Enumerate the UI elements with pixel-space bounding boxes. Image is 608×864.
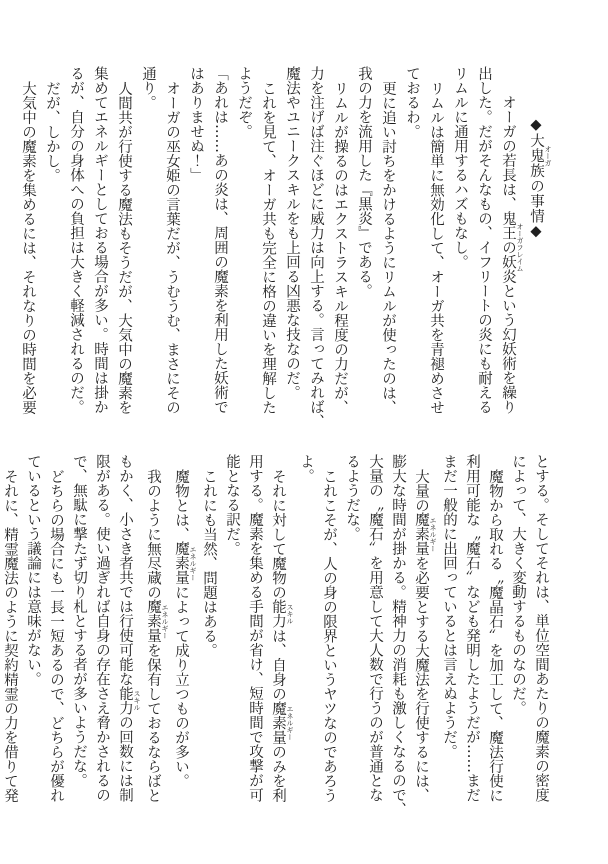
text-line: リムルが操るのはエクストラスキル程度の力だが、: [328, 66, 352, 434]
text-segment: 我の力を流用した『黒炎』である。: [356, 66, 372, 298]
text-segment: 魔物から取れる〝魔晶石〟を加工して、魔法行使に: [487, 469, 503, 803]
text-line: 用する。魔素を集める手間が省け、短時間で攻撃が可: [243, 454, 266, 822]
text-segment: オーガの若長は、: [500, 95, 516, 211]
text-segment: これを見て、オーガ共も完全に格の違いを理解した: [260, 81, 276, 415]
text-line: によって、大きく変動するものなのだ。: [506, 454, 529, 822]
text-line: 大量の〝魔石〟を用意して大人数で行うのが普通とな: [363, 454, 386, 822]
text-segment: ◆: [528, 117, 544, 134]
text-segment: それに、精霊魔法のように契約精霊の力を借りて発: [2, 469, 18, 803]
text-line: 大気中の魔素を集めるには、それなりの時間を必要: [16, 66, 40, 434]
ruby-annotated-text: 大鬼族オーガ: [528, 133, 544, 178]
text-line: 我のように無尽蔵の魔素量エネルギーを保有しておるならばと: [141, 454, 169, 822]
text-line: これにも当然、問題はある。: [197, 454, 220, 822]
text-segment: はありませぬ！」: [188, 66, 204, 182]
text-segment: だが、しかし。: [44, 81, 60, 183]
text-segment: とする。そしてそれは、単位空間あたりの魔素の密度: [533, 454, 549, 802]
text-segment: 魔物とは、: [173, 469, 189, 542]
text-line: オーガの巫女姫の言葉だが、うむうむ、まさにその: [160, 66, 184, 434]
ruby-annotated-text: 魔素量エネルギー: [413, 512, 429, 556]
text-line: これを見て、オーガ共も完全に格の違いを理解した: [256, 66, 280, 434]
text-segment: もかく、小さき者共では行使可能な: [117, 454, 133, 686]
ruby-annotated-text: 能力スキル: [117, 686, 133, 715]
text-segment: 能となる訳だ。: [224, 454, 240, 556]
text-line: るようだな。: [340, 454, 363, 822]
text-segment: によって、大きく変動するものなのだ。: [510, 454, 526, 715]
text-segment: という幻妖術を繰り: [500, 284, 516, 415]
novel-page: ◆大鬼族オーガの事情◆オーガの若長は、鬼王の妖炎オーガフレイムという幻妖術を繰り…: [0, 0, 608, 864]
text-line: それに、精霊魔法のように契約精霊の力を借りて発: [0, 454, 21, 822]
text-segment: リムルが操るのはエクストラスキル程度の力だが、: [332, 81, 348, 415]
text-line: もかく、小さき者共では行使可能な能力スキルの回数には制: [113, 454, 141, 822]
text-line: ているという議論には意味がない。: [21, 454, 44, 822]
text-line: それに対して魔物の能力スキルは、自身の魔素量エネルギーのみを利: [266, 454, 294, 822]
text-segment: 出した。だがそんなもの、イフリートの炎にも耐える: [476, 66, 492, 414]
text-line: 通り。: [136, 66, 160, 434]
text-segment: の回数には制: [117, 715, 133, 802]
text-segment: 用する。魔素を集める手間が省け、短時間で攻撃が可: [247, 454, 263, 802]
text-segment: どちらの場合にも一長一短あるので、どちらが優れ: [48, 469, 64, 803]
text-line: で、無駄に撃たず切り札とする者が多いようだな。: [67, 454, 90, 822]
text-line: 魔物から取れる〝魔晶石〟を加工して、魔法行使に: [483, 454, 506, 822]
text-segment: るようだな。: [344, 454, 360, 541]
text-segment: 魔法やユニークスキルをも上回る凶悪な技なのだ。: [284, 66, 300, 400]
text-segment: の事情◆: [528, 178, 544, 240]
ruby-annotated-text: 魔素量エネルギー: [270, 701, 286, 745]
text-line: よ。: [294, 454, 317, 822]
ruby-annotated-text: 能力スキル: [270, 599, 286, 628]
text-line: リムルは簡単に無効化して、オーガ共を青褪めさせ: [424, 66, 448, 434]
text-segment: これにも当然、問題はある。: [201, 469, 217, 658]
text-segment: まだ一般的に出回っているとは言えぬようだ。: [441, 454, 457, 759]
text-segment: ておるわ。: [404, 66, 420, 139]
chapter-heading: ◆大鬼族オーガの事情◆: [524, 66, 552, 434]
text-segment: るが、自分の身体への負担は大きく軽減されるのだ。: [68, 66, 84, 414]
text-line: 限がある。使い過ぎれば自身の存在さえ脅かされるの: [90, 454, 113, 822]
text-line: だが、しかし。: [40, 66, 64, 434]
text-block-bottom: とする。そしてそれは、単位空間あたりの魔素の密度によって、大きく変動するものなの…: [0, 454, 552, 822]
text-line: るが、自分の身体への負担は大きく軽減されるのだ。: [64, 66, 88, 434]
text-line: 「あれは……あの炎は、周囲の魔素を利用した妖術で: [208, 66, 232, 434]
text-segment: ているという議論には意味がない。: [25, 454, 41, 686]
text-line: 能となる訳だ。: [220, 454, 243, 822]
text-line: どちらの場合にも一長一短あるので、どちらが優れ: [44, 454, 67, 822]
text-segment: は、自身の: [270, 628, 286, 701]
text-segment: 人間共が行使する魔法もそうだが、大気中の魔素を: [116, 81, 132, 415]
text-line: ておるわ。: [400, 66, 424, 434]
text-line: 我の力を流用した『黒炎』である。: [352, 66, 376, 434]
text-segment: よ。: [298, 454, 314, 483]
text-segment: 膨大な時間が掛かる。精神力の消耗も激しくなるので、: [390, 454, 406, 817]
text-segment: で、無駄に撃たず切り札とする者が多いようだな。: [71, 454, 87, 788]
text-segment: 大量の: [413, 469, 429, 513]
text-line: 集めてエネルギーとしておる場合が多い。時間は掛か: [88, 66, 112, 434]
text-segment: 大量の〝魔石〟を用意して大人数で行うのが普通とな: [367, 454, 383, 802]
ruby-annotated-text: 鬼王の妖炎オーガフレイム: [500, 211, 516, 284]
text-line: 出した。だがそんなもの、イフリートの炎にも耐える: [472, 66, 496, 434]
text-line: 大量の魔素量エネルギーを必要とする大魔法を行使するには、: [409, 454, 437, 822]
text-line: とする。そしてそれは、単位空間あたりの魔素の密度: [529, 454, 552, 822]
text-line: 膨大な時間が掛かる。精神力の消耗も激しくなるので、: [386, 454, 409, 822]
text-segment: 更に追い討ちをかけるようにリムルが使ったのは、: [380, 81, 396, 415]
ruby-annotated-text: 魔素量エネルギー: [145, 599, 161, 643]
text-line: オーガの若長は、鬼王の妖炎オーガフレイムという幻妖術を繰り: [496, 66, 524, 434]
text-line: まだ一般的に出回っているとは言えぬようだ。: [437, 454, 460, 822]
text-segment: 利用可能な〝魔石〟なども発明したようだが……まだ: [464, 454, 480, 802]
text-line: 利用可能な〝魔石〟なども発明したようだが……まだ: [460, 454, 483, 822]
text-segment: のみを利: [270, 744, 286, 802]
text-segment: オーガの巫女姫の言葉だが、うむうむ、まさにその: [164, 81, 180, 415]
text-segment: 「あれは……あの炎は、周囲の魔素を利用した妖術で: [212, 66, 228, 414]
text-line: 人間共が行使する魔法もそうだが、大気中の魔素を: [112, 66, 136, 434]
text-block-top: ◆大鬼族オーガの事情◆オーガの若長は、鬼王の妖炎オーガフレイムという幻妖術を繰り…: [16, 66, 552, 434]
text-segment: を必要とする大魔法を行使するには、: [413, 556, 429, 803]
text-segment: これこそが、人の身の限界というヤツなのであろう: [321, 469, 337, 803]
text-segment: 大気中の魔素を集めるには、それなりの時間を必要: [20, 81, 36, 415]
text-line: 更に追い討ちをかけるようにリムルが使ったのは、: [376, 66, 400, 434]
text-line: ようだぞ。: [232, 66, 256, 434]
text-segment: 集めてエネルギーとしておる場合が多い。時間は掛か: [92, 66, 108, 414]
text-line: リムルに通用するハズもなし。: [448, 66, 472, 434]
text-segment: ようだぞ。: [236, 66, 252, 139]
text-segment: を保有しておるならばと: [145, 643, 161, 803]
text-segment: リムルは簡単に無効化して、オーガ共を青褪めさせ: [428, 81, 444, 415]
text-line: これこそが、人の身の限界というヤツなのであろう: [317, 454, 340, 822]
ruby-annotated-text: 魔素量エネルギー: [173, 541, 189, 585]
text-line: 魔法やユニークスキルをも上回る凶悪な技なのだ。: [280, 66, 304, 434]
text-segment: 通り。: [140, 66, 156, 110]
text-segment: 力を注げば注ぐほどに威力は向上する。言ってみれば、: [308, 66, 324, 429]
text-segment: によって成り立つものが多い。: [173, 585, 189, 788]
text-segment: それに対して魔物の: [270, 469, 286, 600]
text-line: 力を注げば注ぐほどに威力は向上する。言ってみれば、: [304, 66, 328, 434]
text-segment: リムルに通用するハズもなし。: [452, 66, 468, 269]
text-line: はありませぬ！」: [184, 66, 208, 434]
text-segment: 我のように無尽蔵の: [145, 469, 161, 600]
text-line: 魔物とは、魔素量エネルギーによって成り立つものが多い。: [169, 454, 197, 822]
text-segment: 限がある。使い過ぎれば自身の存在さえ脅かされるの: [94, 454, 110, 802]
